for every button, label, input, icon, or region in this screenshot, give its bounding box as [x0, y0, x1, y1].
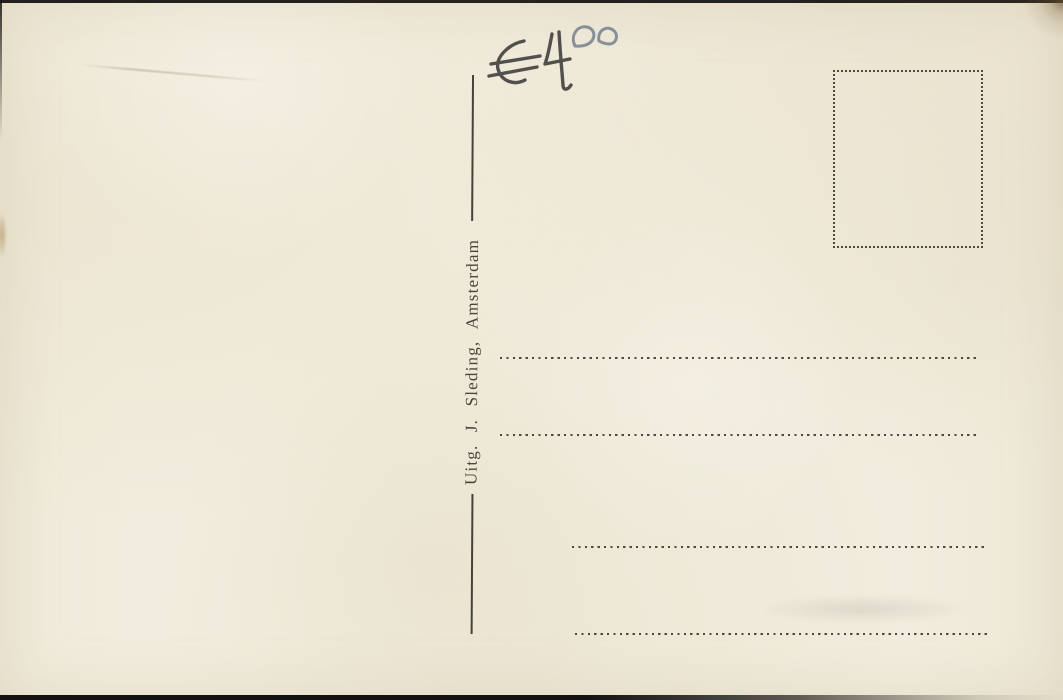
address-line-2: [500, 434, 980, 436]
divider-rule-top: [471, 75, 474, 221]
address-line-1: [500, 357, 980, 359]
postcard-scan: Uitg. J. Sleding, Amsterdam: [0, 0, 1063, 700]
scan-edge-bottom: [0, 695, 1063, 700]
address-line-3: [572, 546, 988, 548]
publisher-imprint-wrap: Uitg. J. Sleding, Amsterdam: [458, 237, 488, 487]
scan-corner-top-right: [953, 0, 1063, 52]
stamp-box: [833, 70, 983, 248]
divider-rule-bottom: [471, 494, 474, 634]
scan-edge-left: [0, 0, 2, 140]
scan-edge-top: [0, 0, 1063, 3]
publisher-imprint: Uitg. J. Sleding, Amsterdam: [462, 239, 484, 485]
address-line-4: [575, 633, 990, 635]
